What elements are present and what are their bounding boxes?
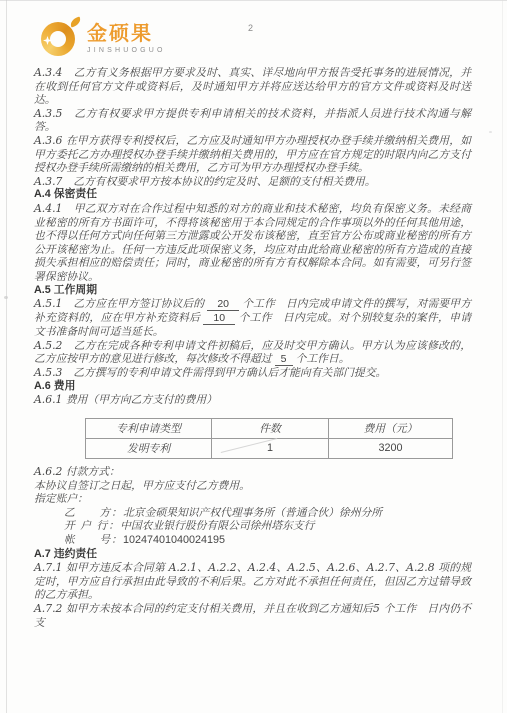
filled-blank-5-days: 5 [275, 354, 293, 366]
payment-terms-line: 本协议自签订之日起，甲方应支付乙方费用。 [34, 479, 471, 493]
scan-edge-artifact-right [502, 0, 503, 713]
contract-body: A.3.4 乙方有义务根据甲方要求及时、真实、详尽地向甲方报告受托事务的进展情况… [34, 66, 471, 629]
fee-table-header-row: 专利申请类型 件数 费用（元） [86, 419, 453, 439]
clause-a7-2: A.7.2 如甲方未按本合同的约定支付相关费用，并且在收到乙方通知后5 个工作 … [34, 602, 471, 629]
logo-cn-text: 金硕果 [87, 23, 166, 45]
jinshuoguo-logo-icon [41, 20, 78, 57]
filled-blank-10-days: 10 [203, 313, 235, 325]
clause-a5-2: A.5.2 乙方在完成各种专利申请文件初稿后，应及时交甲方确认。甲方认为应该修改… [34, 339, 471, 367]
scan-edge-artifact-left [6, 0, 7, 713]
account-party-line: 乙 方：北京金硕果知识产权代理事务所（普通合伙）徐州分所 [64, 506, 471, 520]
clause-a6-2: A.6.2 付款方式： [34, 465, 471, 479]
clause-a3-6: A.3.6 在甲方获得专利授权后，乙方应及时通知甲方办理授权办登手续并缴纳相关费… [34, 134, 471, 175]
clause-a4-1: A.4.1 甲乙双方对在合作过程中知悉的对方的商业和技术秘密，均负有保密义务。未… [34, 202, 471, 284]
fee-cell-patent-type: 发明专利 [86, 439, 212, 459]
section-a5-heading: A.5 工作周期 [34, 284, 471, 298]
clause-a3-7: A.3.7 乙方有权要求甲方按本协议的约定及时、足额的支付相关费用。 [34, 175, 471, 189]
section-a7-heading: A.7 违约责任 [34, 548, 471, 562]
fee-cell-amount: 3200 [329, 439, 453, 459]
clause-a7-1: A.7.1 如甲方违反本合同第 A.2.1、A.2.2、A.2.4、A.2.5、… [34, 561, 471, 602]
clause-a5-3: A.5.3 乙方撰写的专利申请文件需得到甲方确认后才能向有关部门提交。 [34, 366, 471, 380]
fee-table-data-row: 发明专利 1 3200 [86, 439, 453, 459]
fee-table-header-fee: 费用（元） [329, 419, 453, 439]
filled-blank-20-days: 20 [207, 299, 239, 311]
scan-edge-artifact-top [0, 0, 507, 1]
account-bank-line: 开 户 行：中国农业银行股份有限公司徐州塔东支行 [64, 519, 471, 533]
scan-speck [489, 131, 492, 133]
clause-a6-1: A.6.1 费用（甲方向乙方支付的费用） [34, 393, 471, 407]
section-a4-heading: A.4 保密责任 [34, 188, 471, 202]
fee-table-header-type: 专利申请类型 [86, 419, 212, 439]
clause-a5-1: A.5.1 乙方应在甲方签订协议后的20个工作 日内完成申请文件的撰写，对需要甲… [34, 297, 471, 339]
page-number: 2 [248, 23, 253, 33]
fee-table-wrap: 专利申请类型 件数 费用（元） 发明专利 1 3200 [85, 418, 452, 459]
clause-a3-4: A.3.4 乙方有义务根据甲方要求及时、真实、详尽地向甲方报告受托事务的进展情况… [34, 66, 471, 107]
scan-speck [4, 296, 8, 299]
account-number-line: 帐 号：10247401040024195 [64, 533, 471, 548]
bank-account-number: 10247401040024195 [123, 534, 225, 546]
jinshuoguo-logo: 金硕果 JINSHUOGUO [41, 20, 166, 57]
fee-table-header-count: 件数 [212, 419, 329, 439]
fee-table: 专利申请类型 件数 费用（元） 发明专利 1 3200 [85, 418, 453, 459]
clause-a3-5: A.3.5 乙方有权要求甲方提供专利申请相关的技术资料，并指派人员进行技术沟通与… [34, 107, 471, 134]
designated-account-title: 指定账户： [34, 492, 471, 506]
section-a6-heading: A.6 费用 [34, 380, 471, 394]
fee-cell-count: 1 [212, 439, 329, 459]
logo-en-text: JINSHUOGUO [87, 47, 166, 54]
